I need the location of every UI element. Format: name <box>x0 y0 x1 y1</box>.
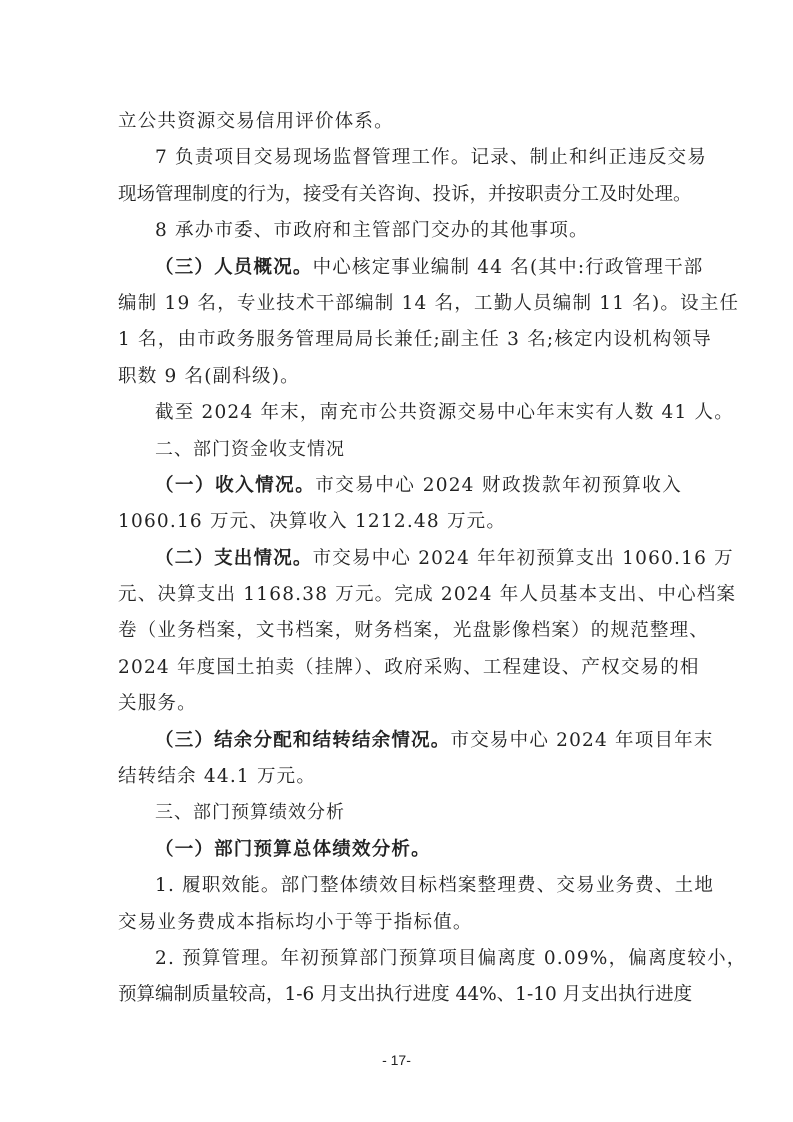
paragraph-line: 截至 2024 年末，南充市公共资源交易中心年末实有人数 41 人。 <box>118 395 682 431</box>
paragraph-line: 8 承办市委、市政府和主管部门交办的其他事项。 <box>118 213 682 249</box>
subheading-balance: （三）结余分配和结转结余情况。 <box>155 730 451 751</box>
paragraph-line: 交易业务费成本指标均小于等于指标值。 <box>118 905 682 941</box>
balance-line: （三）结余分配和结转结余情况。市交易中心 2024 年项目年末 <box>118 723 682 759</box>
paragraph-line: 职数 9 名(副科级)。 <box>118 359 682 395</box>
paragraph-line: 1060.16 万元、决算收入 1212.48 万元。 <box>118 504 682 540</box>
text: 8 承办市委、市政府和主管部门交办的其他事项。 <box>155 220 589 241</box>
subheading-overall-performance: （一）部门预算总体绩效分析。 <box>155 839 431 860</box>
paragraph-line: 元、决算支出 1168.38 万元。完成 2024 年人员基本支出、中心档案 <box>118 577 682 613</box>
paragraph-line: 现场管理制度的行为，接受有关咨询、投诉，并按职责分工及时处理。 <box>118 177 682 213</box>
text: 7 负责项目交易现场监督管理工作。记录、制止和纠正违反交易 <box>155 147 707 168</box>
text: 结转结余 44.1 万元。 <box>118 766 316 787</box>
section-heading-funds: 二、部门资金收支情况 <box>118 432 682 468</box>
paragraph-line: 立公共资源交易信用评价体系。 <box>118 104 682 140</box>
text: 截至 2024 年末，南充市公共资源交易中心年末实有人数 41 人。 <box>155 402 734 423</box>
paragraph-line: 7 负责项目交易现场监督管理工作。记录、制止和纠正违反交易 <box>118 140 682 176</box>
text: 2. 预算管理。年初预算部门预算项目偏离度 0.09%，偏离度较小， <box>155 948 746 969</box>
text: 职数 9 名(副科级)。 <box>118 366 300 387</box>
section-heading-staff: （三）人员概况。 <box>155 257 313 278</box>
text: 市交易中心 2024 年年初预算支出 1060.16 万 <box>313 548 734 569</box>
heading-text: 二、部门资金收支情况 <box>155 439 345 460</box>
text: 关服务。 <box>118 693 197 714</box>
text: 预算编制质量较高，1-6 月支出执行进度 44%、1-10 月支出执行进度 <box>118 984 692 1005</box>
paragraph-line: 编制 19 名，专业技术干部编制 14 名，工勤人员编制 11 名)。设主任 <box>118 286 682 322</box>
text: 交易业务费成本指标均小于等于指标值。 <box>118 912 473 933</box>
subheading-income: （一）收入情况。 <box>155 475 315 496</box>
expense-line: （二）支出情况。市交易中心 2024 年年初预算支出 1060.16 万 <box>118 541 682 577</box>
page-number: - 17- <box>0 1052 793 1068</box>
section-heading-performance: 三、部门预算绩效分析 <box>118 795 682 831</box>
text: 2024 年度国土拍卖（挂牌）、政府采购、工程建设、产权交易的相 <box>118 657 700 678</box>
paragraph-line: 2024 年度国土拍卖（挂牌）、政府采购、工程建设、产权交易的相 <box>118 650 682 686</box>
text: 编制 19 名，专业技术干部编制 14 名，工勤人员编制 11 名)。设主任 <box>118 293 739 314</box>
overall-performance-line: （一）部门预算总体绩效分析。 <box>118 832 682 868</box>
text: 现场管理制度的行为，接受有关咨询、投诉，并按职责分工及时处理。 <box>118 184 692 205</box>
section-staff-line: （三）人员概况。中心核定事业编制 44 名(其中:行政管理干部 <box>118 250 682 286</box>
paragraph-line: 预算编制质量较高，1-6 月支出执行进度 44%、1-10 月支出执行进度 <box>118 977 682 1013</box>
text: 1. 履职效能。部门整体绩效目标档案整理费、交易业务费、土地 <box>155 875 714 896</box>
paragraph-line: 1. 履职效能。部门整体绩效目标档案整理费、交易业务费、土地 <box>118 868 682 904</box>
text: 1 名，由市政务服务管理局局长兼任;副主任 3 名;核定内设机构领导 <box>118 329 712 350</box>
income-line: （一）收入情况。市交易中心 2024 财政拨款年初预算收入 <box>118 468 682 504</box>
text: 1060.16 万元、决算收入 1212.48 万元。 <box>118 511 506 532</box>
text: 中心核定事业编制 44 名(其中:行政管理干部 <box>313 257 704 278</box>
text: 市交易中心 2024 年项目年末 <box>451 730 714 751</box>
paragraph-line: 卷（业务档案，文书档案，财务档案，光盘影像档案）的规范整理、 <box>118 613 682 649</box>
text: 市交易中心 2024 财政拨款年初预算收入 <box>315 475 682 496</box>
paragraph-line: 关服务。 <box>118 686 682 722</box>
text: 元、决算支出 1168.38 万元。完成 2024 年人员基本支出、中心档案 <box>118 584 736 605</box>
document-page: 立公共资源交易信用评价体系。 7 负责项目交易现场监督管理工作。记录、制止和纠正… <box>118 104 682 1014</box>
text: 立公共资源交易信用评价体系。 <box>118 111 394 132</box>
paragraph-line: 结转结余 44.1 万元。 <box>118 759 682 795</box>
paragraph-line: 2. 预算管理。年初预算部门预算项目偏离度 0.09%，偏离度较小， <box>118 941 682 977</box>
subheading-expense: （二）支出情况。 <box>155 548 313 569</box>
paragraph-line: 1 名，由市政务服务管理局局长兼任;副主任 3 名;核定内设机构领导 <box>118 322 682 358</box>
heading-text: 三、部门预算绩效分析 <box>155 802 345 823</box>
text: 卷（业务档案，文书档案，财务档案，光盘影像档案）的规范整理、 <box>118 620 709 641</box>
